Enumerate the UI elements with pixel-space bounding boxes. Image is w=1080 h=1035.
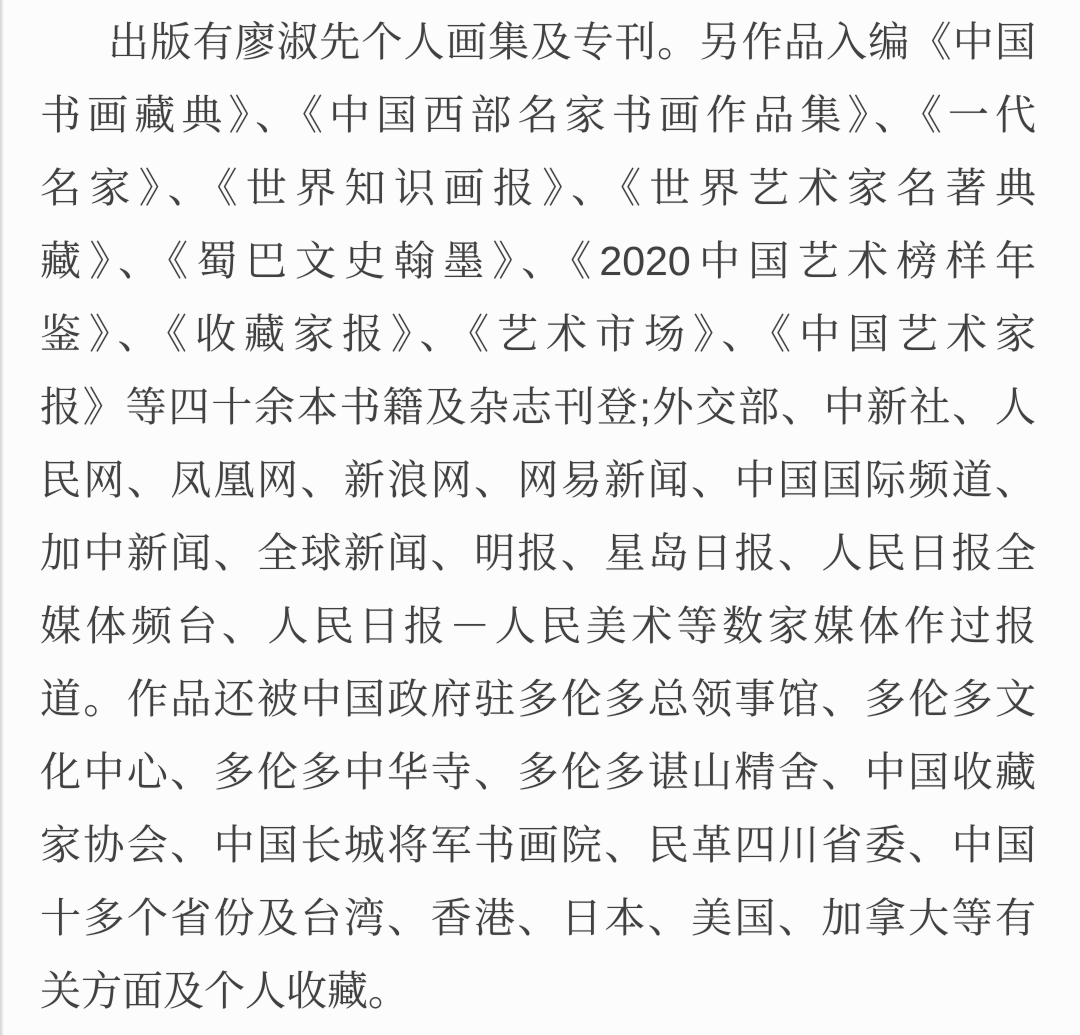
text-line: 十多个省份及台湾、香港、日本、美国、加拿大等有: [40, 882, 1036, 955]
text-line: 媒体频台、人民日报－人民美术等数家媒体作过报: [40, 590, 1036, 663]
text-line: 化中心、多伦多中华寺、多伦多谌山精舍、中国收藏: [40, 736, 1036, 809]
text-line: 报》等四十余本书籍及杂志刊登;外交部、中新社、人: [40, 371, 1036, 444]
text-line: 家协会、中国长城将军书画院、民革四川省委、中国: [40, 809, 1036, 882]
text-line: 道。作品还被中国政府驻多伦多总领事馆、多伦多文: [40, 663, 1036, 736]
text-line: 民网、凤凰网、新浪网、网易新闻、中国国际频道、: [40, 444, 1036, 517]
paragraph: 出版有廖淑先个人画集及专刊。另作品入编《中国 书画藏典》、《中国西部名家书画作品…: [40, 6, 1036, 1028]
text-line: 关方面及个人收藏。: [40, 955, 1036, 1028]
text-line: 藏》、《蜀巴文史翰墨》、《2020中国艺术榜样年: [40, 225, 1036, 298]
text-line: 鉴》、《收藏家报》、《艺术市场》、《中国艺术家: [40, 298, 1036, 371]
text-line: 加中新闻、全球新闻、明报、星岛日报、人民日报全: [40, 517, 1036, 590]
text-page: 出版有廖淑先个人画集及专刊。另作品入编《中国 书画藏典》、《中国西部名家书画作品…: [0, 0, 1080, 1035]
text-line: 名家》、《世界知识画报》、《世界艺术家名著典: [40, 152, 1036, 225]
text-line: 书画藏典》、《中国西部名家书画作品集》、《一代: [40, 79, 1036, 152]
text-line: 出版有廖淑先个人画集及专刊。另作品入编《中国: [40, 6, 1036, 79]
document-page: { "page": { "background_color": "#fcfcfc…: [0, 0, 1080, 1035]
